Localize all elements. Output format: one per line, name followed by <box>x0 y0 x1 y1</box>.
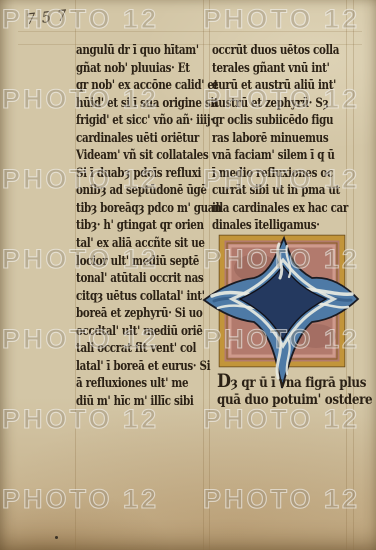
manuscript-text-line: ī medio refluxiones oc <box>212 164 328 182</box>
caption-text-line: quā duo potuim' ostdere <box>217 391 372 410</box>
manuscript-text-line: tali occrat fit vent' col <box>76 339 183 357</box>
manuscript-text-line: tibȝ boreāqȝ pdco m' guan <box>76 199 183 217</box>
manuscript-page: 757 angulū dr ī quo hītam'gñat nob' pluu… <box>0 0 376 550</box>
manuscript-text-line: hūid' et si ī sua origine sit <box>76 94 183 112</box>
manuscript-text-line: qr nob' ex accōne calid' et <box>76 76 183 94</box>
manuscript-text-line: occdtal' ult' mediū oriē <box>76 322 183 340</box>
manuscript-text-line: diū m' hīc m' illīc sibi <box>76 392 183 410</box>
manuscript-text-line: tal' ex aliā accñte sit ue <box>76 234 183 252</box>
photo12-watermark: PHOTO 12 <box>2 484 159 515</box>
manuscript-text-line: terales gñant vnū int' <box>212 59 328 77</box>
caption-text-line: Dȝ qr ū ī vna figrā plus <box>217 372 372 391</box>
manuscript-text-line: latal' ī boreā et eurus· Si <box>76 357 183 375</box>
manuscript-text-line: eurū et austrū aliū int' <box>212 76 328 94</box>
ruling-line-horizontal <box>18 31 362 32</box>
manuscript-text-line: cardinales uēti oriētur <box>76 129 183 147</box>
manuscript-text-line: boreā et zephyrū· Si uo <box>76 304 183 322</box>
diagram-caption: Dȝ qr ū ī vna figrā plusquā duo potuim' … <box>217 372 376 409</box>
manuscript-text-line: currāt sibi ut in pma ut <box>212 181 328 199</box>
manuscript-text-line: gñat nob' pluuias· Et <box>76 59 183 77</box>
manuscript-text-line: illa cardinales ex hac car <box>212 199 328 217</box>
manuscript-text-line: ras laborē minuemus <box>212 129 328 147</box>
manuscript-text-line: angulū dr ī quo hītam' <box>76 41 183 59</box>
manuscript-text-line: citqȝ uētus collatal' int' <box>76 287 183 305</box>
manuscript-text-line: vnā faciam' silem ī q ū <box>212 146 328 164</box>
manuscript-text-line: locior ult' mediū septē <box>76 252 183 270</box>
manuscript-text-line: austrū et zephyrū· Sȝ <box>212 94 328 112</box>
manuscript-text-line: Si ī duabȝ pdcīs refluxi <box>76 164 183 182</box>
text-column-right: occrūt duos uētos collaterales gñant vnū… <box>212 41 354 234</box>
manuscript-text-line: tonal' atūtali occrit nas <box>76 269 183 287</box>
folio-number: 757 <box>25 6 73 29</box>
manuscript-text-line: frigid' et sicc' vño añ· iiij· <box>76 111 183 129</box>
manuscript-text-line: Videam' vñ sit collatales <box>76 146 183 164</box>
manuscript-text-line: onibȝ ad septūdonē ūgē <box>76 181 183 199</box>
ink-speck <box>55 536 58 539</box>
manuscript-text-line: qr oclis subiicēdo figu <box>212 111 328 129</box>
text-column-left: angulū dr ī quo hītam'gñat nob' pluuias·… <box>76 41 206 409</box>
manuscript-text-line: occrūt duos uētos colla <box>212 41 328 59</box>
manuscript-text-line: tibȝ· h' gtingat qr orien <box>76 216 183 234</box>
manuscript-text-line: ā refluxiones ult' me <box>76 374 183 392</box>
photo12-watermark: PHOTO 12 <box>203 484 360 515</box>
